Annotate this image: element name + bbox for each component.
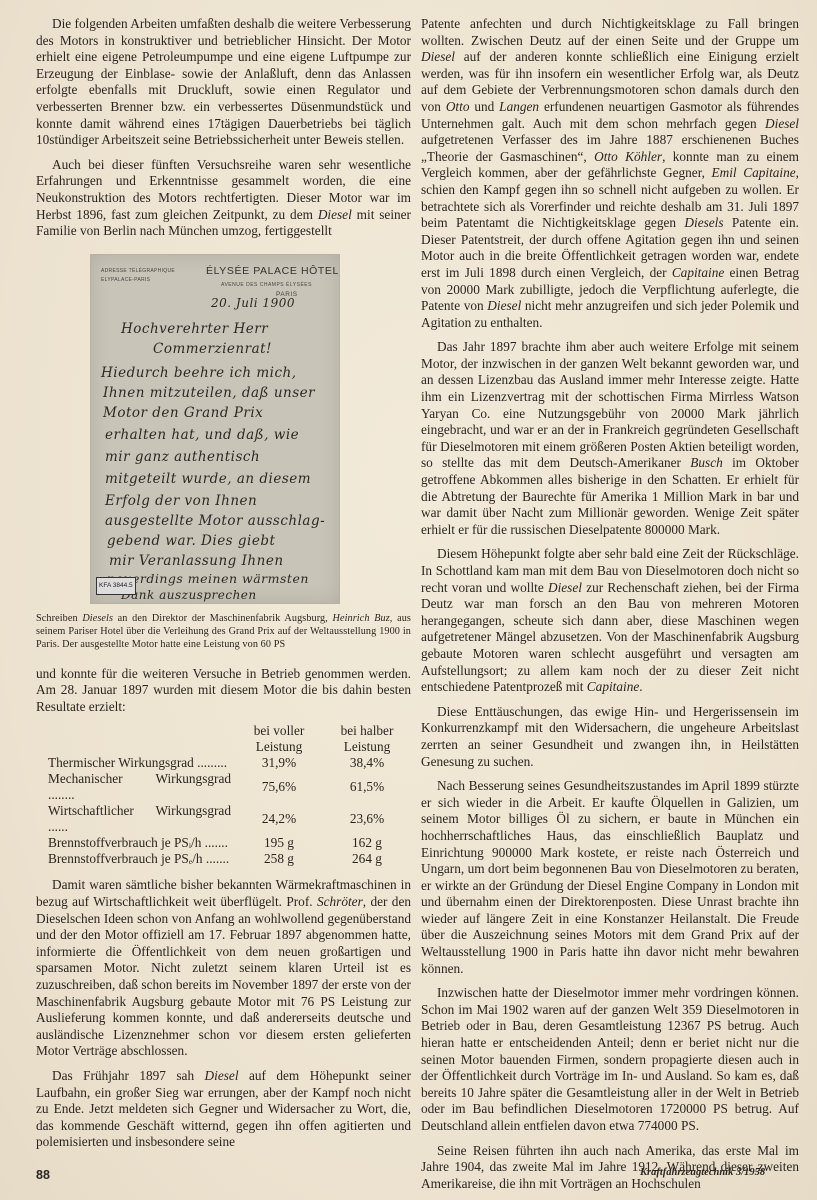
handwritten-line: Hiedurch beehre ich mich, (101, 365, 297, 382)
paragraph: Das Jahr 1897 brachte ihm aber auch weit… (421, 339, 799, 538)
table-header-row: bei voller Leistung bei halber Leistung (44, 723, 411, 755)
paragraph: Nach Besserung seines Gesundheitszustand… (421, 778, 799, 977)
archive-tag: KFA 3844.5 (96, 577, 136, 596)
table-row: Brennstoffverbrauch je PSᵢ/h ....... 195… (44, 835, 411, 851)
table-row: Mechanischer Wirkungsgrad ........ 75,6%… (44, 771, 411, 803)
right-column: Patente anfechten und durch Nichtigkeits… (421, 16, 799, 1200)
handwritten-line: Motor den Grand Prix (103, 405, 263, 422)
table-row: Brennstoffverbrauch je PSₑ/h ....... 258… (44, 851, 411, 867)
page-number: 88 (36, 1168, 50, 1182)
paragraph: Auch bei dieser fünften Versuchsreihe wa… (36, 157, 411, 240)
paragraph: und konnte für die weiteren Versuche in … (36, 666, 411, 716)
paragraph: Patente anfechten und durch Nichtigkeits… (421, 16, 799, 331)
document-page: Die folgenden Arbeiten umfaßten deshalb … (0, 0, 817, 1200)
handwritten-line: mir ganz authentisch (105, 449, 260, 466)
table-row: Wirtschaftlicher Wirkungsgrad ...... 24,… (44, 803, 411, 835)
handwritten-line: Commerzienrat! (153, 341, 272, 358)
publication-footer: Kraftfahrzeugtechnik 3/1958 (640, 1167, 765, 1178)
handwritten-line: ausgestellte Motor ausschlag- (105, 513, 325, 530)
paragraph: Die folgenden Arbeiten umfaßten deshalb … (36, 16, 411, 149)
handwritten-line: Dank auszusprechen (121, 587, 257, 604)
letterhead-address: ADRESSE TÉLÉGRAPHIQUE ELYPALACE-PARIS (101, 267, 175, 285)
letter-image: ADRESSE TÉLÉGRAPHIQUE ELYPALACE-PARIS ÉL… (90, 254, 340, 604)
handwritten-line: mitgeteilt wurde, an diesem (105, 471, 311, 488)
column-header: bei voller Leistung (235, 723, 323, 755)
handwritten-line: erhalten hat, und daß, wie (105, 427, 299, 444)
letterhead-street: AVENUE DES CHAMPS ÉLYSÉES (221, 277, 312, 294)
table-row: Thermischer Wirkungsgrad ......... 31,9%… (44, 755, 411, 771)
left-column: Die folgenden Arbeiten umfaßten deshalb … (36, 16, 411, 1159)
paragraph: Das Frühjahr 1897 sah Diesel auf dem Höh… (36, 1068, 411, 1151)
handwritten-line: Erfolg der von Ihnen (105, 493, 257, 510)
paragraph: Damit waren sämtliche bisher bekannten W… (36, 877, 411, 1060)
handwritten-line: gebend war. Dies giebt (107, 533, 275, 550)
column-header: bei halber Leistung (323, 723, 411, 755)
handwritten-line: neuerdings meinen wärmsten (107, 571, 309, 588)
letter-date: 20. Juli 1900 (211, 295, 295, 312)
handwritten-line: Ihnen mitzuteilen, daß unser (103, 385, 315, 402)
name-diesel: Diesel (318, 207, 352, 222)
figure-caption: Schreiben Diesels an den Direktor der Ma… (36, 612, 411, 652)
paragraph: Diese Enttäuschungen, das ewige Hin- und… (421, 704, 799, 770)
paragraph: Inzwischen hatte der Dieselmotor immer m… (421, 985, 799, 1134)
results-table: bei voller Leistung bei halber Leistung … (44, 723, 411, 867)
handwritten-line: mir Veranlassung Ihnen (109, 553, 284, 570)
handwritten-line: Hochverehrter Herr (121, 321, 268, 338)
paragraph: Diesem Höhepunkt folgte aber sehr bald e… (421, 546, 799, 695)
